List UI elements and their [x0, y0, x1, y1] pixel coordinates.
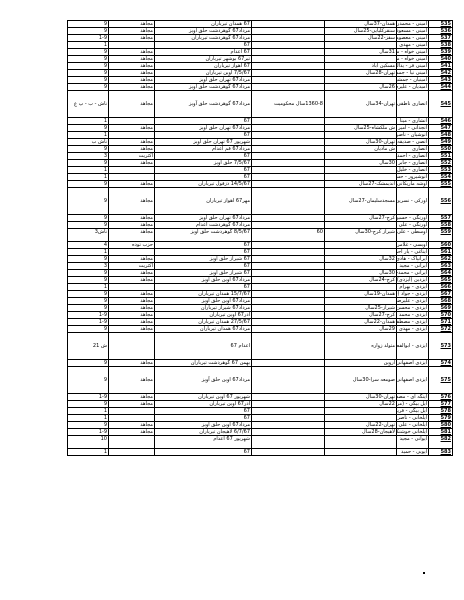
birthplace-cell: همدان-22سال [325, 319, 397, 326]
execution-cell: آذر67 اوین تیرباران [155, 312, 252, 319]
execution-cell: مرداد67 گوهردشت حلق آویز [155, 28, 252, 35]
arrest-cell [252, 429, 325, 436]
arrest-cell [252, 284, 325, 291]
sentence-cell: 9 [68, 256, 109, 263]
table-row: 9مجاهدمرداد67 قم اعدامش مادیانانصاری550 [68, 146, 453, 153]
record-number-cell: 568 [429, 298, 453, 305]
record-number-cell: 549 [429, 139, 453, 146]
execution-cell: مرداد67 اوین حلق آویز [155, 277, 252, 284]
table-row: 4حزب توده67اویسی - غلامرضا560 [68, 242, 453, 249]
arrest-cell [252, 84, 325, 91]
sentence-cell: 9 [68, 56, 109, 63]
sentence-cell: 1 [68, 118, 109, 125]
name-cell: اورنگی - علی [397, 222, 429, 229]
record-number-cell: 553 [429, 167, 453, 174]
name-cell: امینی نیا - جمشید [397, 70, 429, 77]
sentence-cell: 9 [68, 49, 109, 56]
birthplace-cell: تهران-22سال [325, 422, 397, 429]
birthplace-cell: 30سال [325, 160, 397, 167]
arrest-cell [252, 153, 325, 160]
sentence-cell: 9 [68, 305, 109, 312]
record-number-cell: 537 [429, 35, 453, 42]
arrest-cell [252, 249, 325, 256]
execution-cell: مرداد67 گوهردشت تیرباران [155, 35, 252, 42]
execution-cell: 7/5/67 حلق آویز [155, 160, 252, 167]
sentence-cell: 9 [68, 360, 109, 367]
charge-cell: مجاهد [109, 181, 155, 188]
birthplace-cell: تهران-30سال [325, 394, 397, 401]
arrest-cell [252, 77, 325, 84]
arrest-cell [252, 146, 325, 153]
table-row: 9مجاهدمرداد67 شیراز تیربارانشیراز-25سالا… [68, 305, 453, 312]
execution-cell: 67 شیراز حلق آویز [155, 270, 252, 277]
table-row: 9مجاهد67 اعدام31سالامینی خواه - سیدمهدی5… [68, 49, 453, 56]
name-cell: امینی خواه - مالک الله [397, 56, 429, 63]
name-cell: انصی - صدیقه [397, 139, 429, 146]
execution-cell: 67 اهواز تیرباران [155, 63, 252, 70]
record-number-cell: 556 [429, 188, 453, 215]
record-number-cell: 548 [429, 132, 453, 139]
charge-cell [109, 132, 155, 139]
execution-cell: مرداد67 اوین حلق آویز [155, 367, 252, 394]
record-number-cell: 547 [429, 125, 453, 132]
table-row: 167ایناغی - یار احمد561 [68, 249, 453, 256]
execution-cell: 67 [155, 249, 252, 256]
sentence-cell: 9 [68, 270, 109, 277]
birthplace-cell [325, 153, 397, 160]
charge-cell [109, 333, 155, 360]
table-row: 9مجاهدمهر67 اهواز تیربارانمسجدسلیمان-27س… [68, 188, 453, 215]
arrest-cell [252, 367, 325, 394]
charge-cell: مجاهد [109, 35, 155, 42]
execution-cell: مرداد67 گوهردشت حلق آویز [155, 84, 252, 91]
execution-cell: مرداد67 شیراز تیرباران [155, 305, 252, 312]
charge-cell: مجاهد [109, 298, 155, 305]
name-cell: امینی - معصومه [397, 35, 429, 42]
name-cell: ایزدی - ابوالفضل [397, 333, 429, 360]
birthplace-cell: همدان-37سال [325, 21, 397, 28]
arrest-cell [252, 167, 325, 174]
arrest-cell [252, 56, 325, 63]
record-number-cell: 558 [429, 222, 453, 229]
arrest-cell: 1360-8سال محکومیت [252, 91, 325, 118]
record-number-cell: 573 [429, 333, 453, 360]
execution-cell: 67 اعدام [155, 49, 252, 56]
record-number-cell: 535 [429, 21, 453, 28]
execution-cell: 67 شیراز حلق آویز [155, 256, 252, 263]
records-table: 9مجاهد67 همدان تیربارانهمدان-37سالامینی … [67, 20, 453, 456]
sentence-cell: 9 [68, 181, 109, 188]
execution-cell: 67 همدان تیرباران [155, 21, 252, 28]
name-cell: ایوبی - حمید [397, 449, 429, 456]
name-cell: ایل بیگی - (مرد) [397, 401, 429, 408]
arrest-cell [252, 118, 325, 125]
arrest-cell [252, 408, 325, 415]
execution-cell: بهمن 67 گوهردشت تیرباران [155, 360, 252, 367]
birthplace-cell: کرج-24سال [325, 277, 397, 284]
charge-cell: مجاهد [109, 139, 155, 146]
execution-cell: 7/5/67 اوین تیرباران [155, 70, 252, 77]
arrest-cell [252, 125, 325, 132]
birthplace-cell: اروین [325, 360, 397, 367]
table-row: 9مجاهد67 شیراز حلق آویز30سالایرانی - محم… [68, 270, 453, 277]
table-row: 9مجاهدتیر67 بوشهر تیربارانامینی خواه - م… [68, 56, 453, 63]
sentence-cell: 1 [68, 174, 109, 181]
sentence-cell: 9 [68, 298, 109, 305]
execution-cell: مرداد67 تهران حلق آویز [155, 77, 252, 84]
charge-cell [109, 449, 155, 456]
birthplace-cell: لاهیجان-28سال [325, 429, 397, 436]
record-number-cell: 550 [429, 146, 453, 153]
sentence-cell: 1 [68, 449, 109, 456]
name-cell: ایناغی - یار احمد [397, 249, 429, 256]
sentence-cell: 9 [68, 326, 109, 333]
birthplace-cell: کرج-27سال [325, 215, 397, 222]
arrest-cell [252, 415, 325, 422]
birthplace-cell: ش مادیان [325, 146, 397, 153]
birthplace-cell: ش ملکشاه-25سال [325, 125, 397, 132]
table-row: 9مجاهد14/5/67 دزفول تیرباراناندیمشک-27سا… [68, 181, 453, 188]
name-cell: ایلخانی - علی [397, 422, 429, 429]
name-cell: انصاری ناطقی - فرشید [397, 91, 429, 118]
birthplace-cell [325, 298, 397, 305]
charge-cell: مجاهد [109, 319, 155, 326]
table-row: 1-9مجاهد27/5/67 همدان تیربارانهمدان-22سا… [68, 319, 453, 326]
charge-cell: مجاهد [109, 270, 155, 277]
charge-cell: مجاهد [109, 63, 155, 70]
name-cell: ایوانی - مجید [397, 436, 429, 449]
arrest-cell [252, 319, 325, 326]
sentence-cell: 1-9 [68, 312, 109, 319]
arrest-cell [252, 333, 325, 360]
name-cell: ایزدی - جواد (حسام) [397, 291, 429, 298]
sentence-cell: ناش ب [68, 139, 109, 146]
name-cell: انصاری - احمد [397, 153, 429, 160]
arrest-cell [252, 305, 325, 312]
name-cell: امینیان - جمشید [397, 77, 429, 84]
charge-cell: مجاهد [109, 125, 155, 132]
arrest-cell [252, 436, 325, 449]
record-number-cell: 583 [429, 449, 453, 456]
table-row: 167انصاری - خلیل553 [68, 167, 453, 174]
arrest-cell [252, 139, 325, 146]
table-row: 167ایوبی - حمید583 [68, 449, 453, 456]
name-cell: ایلخانی - ناصر [397, 415, 429, 422]
execution-cell: 67 [155, 153, 252, 160]
execution-cell: مرداد67 گوهردشت حلق آویز [155, 91, 252, 118]
table-row: 9مجاهدمرداد67 اوین حلق آویزایزدی - علیرض… [68, 298, 453, 305]
charge-cell: مجاهد [109, 422, 155, 429]
birthplace-cell: تهران-30سال [325, 139, 397, 146]
name-cell: انصاری - خلیل [397, 167, 429, 174]
table-row: ناش3مجاهد8/5/67 گوهردشت حلق آویز60شیراز … [68, 229, 453, 242]
sentence-cell: 9 [68, 63, 109, 70]
execution-cell: مرداد67 اوین حلق آویز [155, 422, 252, 429]
charge-cell: مجاهد [109, 56, 155, 63]
table-row: 9مجاهد67 همدان تیربارانهمدان-37سالامینی … [68, 21, 453, 28]
execution-cell: 67 [155, 415, 252, 422]
table-row: 9مجاهدمرداد67 تهران حلق آویزامینیان - جم… [68, 77, 453, 84]
execution-cell: 8/5/67 گوهردشت حلق آویز [155, 229, 252, 242]
birthplace-cell [325, 242, 397, 249]
birthplace-cell: 22سال [325, 401, 397, 408]
charge-cell: مجاهد [109, 70, 155, 77]
record-number-cell: 576 [429, 394, 453, 401]
table-row: 167ایل بیگی - فریبرز578 [68, 408, 453, 415]
charge-cell: مجاهد [109, 188, 155, 215]
charge-cell: مجاهد [109, 84, 155, 91]
table-row: 10شهریور 67 اعدامایوانی - مجید582 [68, 436, 453, 449]
name-cell: ایزدی - مصطفی [397, 319, 429, 326]
record-number-cell: 579 [429, 415, 453, 422]
record-number-cell: 536 [429, 28, 453, 35]
record-number-cell: 582 [429, 436, 453, 449]
name-cell: اویسی - غلامرضا [397, 242, 429, 249]
record-number-cell: 574 [429, 360, 453, 367]
birthplace-cell [325, 42, 397, 49]
birthplace-cell: 32سال [325, 256, 397, 263]
arrest-cell [252, 277, 325, 284]
execution-cell: مهر67 اهواز تیرباران [155, 188, 252, 215]
record-number-cell: 566 [429, 284, 453, 291]
sentence-cell: 9 [68, 277, 109, 284]
table-row: 9مجاهدمرداد67 همدان تیرباران29سالایزدی -… [68, 326, 453, 333]
charge-cell: مجاهد [109, 146, 155, 153]
birthplace-cell [325, 249, 397, 256]
table-row: 9مجاهدآذر67 اوین تیرباران22سالایل بیگی -… [68, 401, 453, 408]
record-number-cell: 543 [429, 77, 453, 84]
sentence-cell: 9 [68, 146, 109, 153]
execution-cell: 67 [155, 449, 252, 456]
arrest-cell [252, 270, 325, 277]
sentence-cell: 1 [68, 284, 109, 291]
sentence-cell: 9 [68, 215, 109, 222]
name-cell: انوشیان - ناصر [397, 132, 429, 139]
arrest-cell [252, 256, 325, 263]
record-number-cell: 551 [429, 153, 453, 160]
arrest-cell [252, 49, 325, 56]
arrest-cell [252, 21, 325, 28]
charge-cell: مجاهد [109, 394, 155, 401]
birthplace-cell: سقز-22سال [325, 35, 397, 42]
charge-cell: مجاهد [109, 91, 155, 118]
name-cell: اوسطی - علی اوسط [397, 229, 429, 242]
charge-cell: مجاهد [109, 291, 155, 298]
execution-cell: شهریور 67 تهران حلق آویز [155, 139, 252, 146]
birthplace-cell [325, 118, 397, 125]
sentence-cell: ناش - ب - پ ع [68, 91, 109, 118]
charge-cell: مجاهد [109, 312, 155, 319]
record-number-cell: 560 [429, 242, 453, 249]
charge-cell: مجاهد [109, 401, 155, 408]
sentence-cell: 9 [68, 84, 109, 91]
sentence-cell: 9 [68, 422, 109, 429]
name-cell: انصاری - جابر [397, 160, 429, 167]
execution-cell: 14/5/67 دزفول تیرباران [155, 181, 252, 188]
name-cell: انشاری - مینا [397, 118, 429, 125]
record-number-cell: 539 [429, 49, 453, 56]
charge-cell: اکثریت [109, 153, 155, 160]
charge-cell: مجاهد [109, 77, 155, 84]
record-number-cell: 542 [429, 70, 453, 77]
table-row: 3اکثریت67انصاری - احمد551 [68, 153, 453, 160]
sentence-cell: 3 [68, 153, 109, 160]
sentence-cell: 9 [68, 160, 109, 167]
table-row: 167انشاری - مینا546 [68, 118, 453, 125]
charge-cell [109, 408, 155, 415]
record-number-cell: 554 [429, 174, 453, 181]
execution-cell: شهریور 67 اوین تیرباران [155, 394, 252, 401]
name-cell: اینگه ای - مصطفی [397, 394, 429, 401]
record-number-cell: 545 [429, 91, 453, 118]
sentence-cell: 3 [68, 263, 109, 270]
record-number-cell: 578 [429, 408, 453, 415]
execution-cell: مرداد67 تهران حلق آویز [155, 125, 252, 132]
charge-cell: مجاهد [109, 277, 155, 284]
arrest-cell [252, 28, 325, 35]
execution-cell: 27/5/67 همدان تیرباران [155, 319, 252, 326]
table-row: 3اکثریت67ایرانی - مجید563 [68, 263, 453, 270]
name-cell: ایل بیگی - فریبرز [397, 408, 429, 415]
execution-cell: 67 [155, 408, 252, 415]
name-cell: امینی خواه - سیدمهدی [397, 49, 429, 56]
table-row: 9مجاهد67 اهواز تیربارانمسکین آبادامینی ف… [68, 63, 453, 70]
charge-cell [109, 436, 155, 449]
birthplace-cell: شیراز کرج-30سال [325, 229, 397, 242]
document-page: 9مجاهد67 همدان تیربارانهمدان-37سالامینی … [0, 0, 464, 600]
execution-cell: 67 [155, 174, 252, 181]
sentence-cell: 1 [68, 249, 109, 256]
arrest-cell [252, 63, 325, 70]
records-table-body: 9مجاهد67 همدان تیربارانهمدان-37سالامینی … [68, 21, 453, 456]
execution-cell: 67 [155, 263, 252, 270]
name-cell: اورکی - نسرین [397, 188, 429, 215]
charge-cell: مجاهد [109, 326, 155, 333]
record-number-cell: 544 [429, 84, 453, 91]
arrest-cell [252, 188, 325, 215]
arrest-cell [252, 312, 325, 319]
charge-cell: مجاهد [109, 28, 155, 35]
arrest-cell [252, 35, 325, 42]
arrest-cell [252, 222, 325, 229]
name-cell: ایزدی اصفهانی - علیرضا [397, 367, 429, 394]
name-cell: اوشه ماریکانی - سیدمحمد [397, 181, 429, 188]
name-cell: ایرانی - مجید [397, 263, 429, 270]
execution-cell: 15/7/67 همدان تیرباران [155, 291, 252, 298]
charge-cell [109, 118, 155, 125]
birthplace-cell [325, 449, 397, 456]
record-number-cell: 540 [429, 56, 453, 63]
execution-cell: مرداد67 قم اعدام [155, 146, 252, 153]
sentence-cell: 9 [68, 70, 109, 77]
arrest-cell [252, 132, 325, 139]
record-number-cell: 541 [429, 63, 453, 70]
execution-cell: 67 [155, 284, 252, 291]
table-row: 9مجاهد7/5/67 حلق آویز30سالانصاری - جابر5… [68, 160, 453, 167]
sentence-cell: 1 [68, 42, 109, 49]
sentence-cell: 1-9 [68, 319, 109, 326]
birthplace-cell [325, 408, 397, 415]
birthplace-cell [325, 222, 397, 229]
birthplace-cell: 31سال [325, 49, 397, 56]
execution-cell: 67 [155, 132, 252, 139]
sentence-cell: 1 [68, 415, 109, 422]
arrest-cell [252, 360, 325, 367]
birthplace-cell [325, 284, 397, 291]
arrest-cell [252, 449, 325, 456]
table-row: 1-9مجاهدآذر67 اوین تیربارانکرج-27سالایزد… [68, 312, 453, 319]
arrest-cell [252, 326, 325, 333]
name-cell: ایزدی - مهدی [397, 326, 429, 333]
sentence-cell: 1 [68, 167, 109, 174]
sentence-cell: 9 [68, 291, 109, 298]
birthplace-cell: کرج-27سال [325, 312, 397, 319]
charge-cell: حزب توده [109, 242, 155, 249]
record-number-cell: 577 [429, 401, 453, 408]
birthplace-cell: مسکین آباد [325, 63, 397, 70]
record-number-cell: 569 [429, 305, 453, 312]
birthplace-cell: 26سال [325, 84, 397, 91]
name-cell: ایرانی - محمدجواد [397, 270, 429, 277]
table-row: 1-9مجاهدشهریور 67 اوین تیربارانتهران-30س… [68, 394, 453, 401]
record-number-cell: 567 [429, 291, 453, 298]
birthplace-cell: اندیمشک-27سال [325, 181, 397, 188]
arrest-cell: 60 [252, 229, 325, 242]
arrest-cell [252, 263, 325, 270]
table-row: 9مجاهدمرداد67 تهران حلق آویزش ملکشاه-25س… [68, 125, 453, 132]
table-row: 9مجاهدمرداد67 اوین حلق آویزکرج-24سالایزد… [68, 277, 453, 284]
arrest-cell [252, 422, 325, 429]
arrest-cell [252, 70, 325, 77]
sentence-cell: 9 [68, 222, 109, 229]
name-cell: ایرانپاک - هادی [397, 256, 429, 263]
table-row: 9مجاهدمرداد67 اوین حلق آویزصومعه سرا-30س… [68, 367, 453, 394]
birthplace-cell: صومعه سرا-30سال [325, 367, 397, 394]
table-row: 1-9مجاهد6/7/67 لاهیجان تیربارانلاهیجان-2… [68, 429, 453, 436]
arrest-cell [252, 401, 325, 408]
table-row: 9مجاهدمرداد67 گوهردشت حلق آویز26سالامیدی… [68, 84, 453, 91]
birthplace-cell: 29سال [325, 326, 397, 333]
table-row: 9مجاهد15/7/67 همدان تیربارانهمدان-19سالا… [68, 291, 453, 298]
record-number-cell: 557 [429, 215, 453, 222]
charge-cell: مجاهد [109, 222, 155, 229]
sentence-cell: 4 [68, 242, 109, 249]
sentence-cell: 1-9 [68, 394, 109, 401]
table-row: 167انوشیان - ناصر548 [68, 132, 453, 139]
name-cell: امینی - محمدرضا [397, 21, 429, 28]
record-number-cell: 580 [429, 422, 453, 429]
sentence-cell: 9 [68, 188, 109, 215]
table-row: ناش بمجاهدشهریور 67 تهران حلق آویزتهران-… [68, 139, 453, 146]
sentence-cell: 1 [68, 408, 109, 415]
sentence-cell: 9 [68, 28, 109, 35]
execution-cell: مرداد67 اوین حلق آویز [155, 298, 252, 305]
table-row: 9مجاهدبهمن 67 گوهردشت تیرباراناروینایزدی… [68, 360, 453, 367]
table-row: 9مجاهد7/5/67 اوین تیربارانتهران-28سالامی… [68, 70, 453, 77]
table-row: 9مجاهد67 شیراز حلق آویز32سالایرانپاک - ه… [68, 256, 453, 263]
record-number-cell: 563 [429, 263, 453, 270]
name-cell: ایزدی - بهرام [397, 284, 429, 291]
table-row: 167ایلخانی - ناصر579 [68, 415, 453, 422]
birthplace-cell [325, 167, 397, 174]
charge-cell: مجاهد [109, 21, 155, 28]
table-row: 167انوشیرور - حسن554 [68, 174, 453, 181]
birthplace-cell [325, 436, 397, 449]
charge-cell: مجاهد [109, 160, 155, 167]
charge-cell [109, 415, 155, 422]
charge-cell: مجاهد [109, 429, 155, 436]
arrest-cell [252, 42, 325, 49]
